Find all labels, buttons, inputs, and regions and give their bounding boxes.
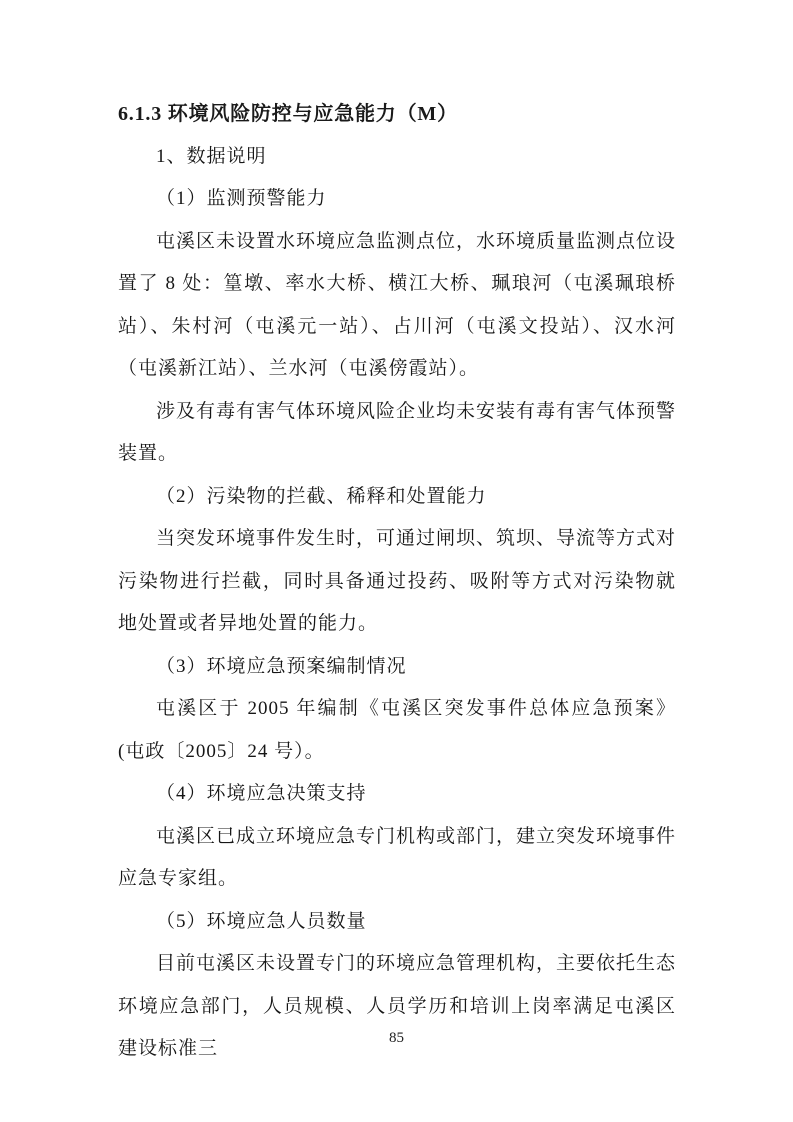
body-paragraph-expert-group: 屯溪区已成立环境应急专门机构或部门，建立突发环境事件应急专家组。 <box>118 816 676 901</box>
subsection-heading-emergency-plan: （3）环境应急预案编制情况 <box>118 646 676 689</box>
subsection-heading-monitoring-warning: （1）监测预警能力 <box>118 178 676 221</box>
body-paragraph-personnel-status: 目前屯溪区未设置专门的环境应急管理机构，主要依托生态环境应急部门，人员规模、人员… <box>118 943 676 1071</box>
page-content: 6.1.3 环境风险防控与应急能力（M） 1、数据说明 （1）监测预警能力 屯溪… <box>118 93 676 1071</box>
section-heading: 6.1.3 环境风险防控与应急能力（M） <box>118 93 676 136</box>
body-paragraph-emergency-plan-2005: 屯溪区于 2005 年编制《屯溪区突发事件总体应急预案》(屯政〔2005〕24 … <box>118 688 676 773</box>
body-paragraph-monitoring-points: 屯溪区未设置水环境应急监测点位，水环境质量监测点位设置了 8 处：篁墩、率水大桥… <box>118 221 676 391</box>
subsection-heading-decision-support: （4）环境应急决策支持 <box>118 773 676 816</box>
subsection-heading-emergency-personnel: （5）环境应急人员数量 <box>118 901 676 944</box>
body-paragraph-interception-capability: 当突发环境事件发生时，可通过闸坝、筑坝、导流等方式对污染物进行拦截，同时具备通过… <box>118 518 676 646</box>
subsection-heading-pollutant-interception: （2）污染物的拦截、稀释和处置能力 <box>118 476 676 519</box>
body-paragraph-toxic-gas-warning: 涉及有毒有害气体环境风险企业均未安装有毒有害气体预警装置。 <box>118 391 676 476</box>
numbered-item-data-description: 1、数据说明 <box>118 136 676 179</box>
page-number: 85 <box>0 1028 793 1048</box>
document-page: 6.1.3 环境风险防控与应急能力（M） 1、数据说明 （1）监测预警能力 屯溪… <box>0 0 793 1122</box>
